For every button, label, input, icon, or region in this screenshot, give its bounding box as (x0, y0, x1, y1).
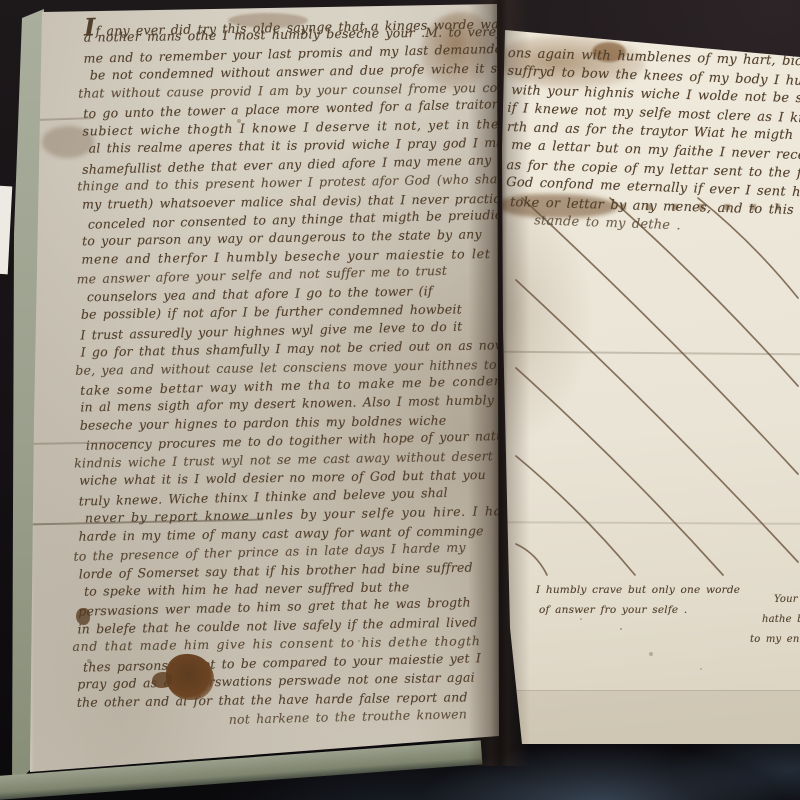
manuscript-line: to speke with him he had never suffred b… (84, 579, 410, 599)
manuscript-line: be possible) if not afor I be further co… (81, 302, 462, 322)
manuscript-line: Your (774, 594, 798, 605)
ink-speckles (500, 28, 502, 30)
ink-speckles (28, 0, 30, 2)
paper-edge-sliver (0, 186, 12, 275)
manuscript-line: not harkene to the trouthe knowen (229, 706, 468, 727)
left-page-manuscript: If any ever did try this olde saynge tha… (28, 0, 500, 776)
manuscript-line: counselors yea and that afore I go to th… (87, 283, 433, 304)
manuscript-signature-fragment: Yourhathe bineto my en (500, 28, 800, 746)
manuscript-line: lorde of Somerset say that if his brothe… (78, 559, 472, 581)
manuscript-line: the other and al for that the have harde… (77, 689, 468, 709)
right-page-manuscript: ons again with humblenes of my hart, bic… (500, 28, 800, 746)
manuscript-text-left: If any ever did try this olde saynge tha… (28, 0, 511, 776)
photo-of-open-book: If any ever did try this olde saynge tha… (0, 0, 800, 800)
manuscript-line: hathe bine (762, 614, 800, 625)
manuscript-line: in belefe that he coulde not live safely… (78, 614, 478, 636)
manuscript-line: to my en (750, 634, 800, 645)
